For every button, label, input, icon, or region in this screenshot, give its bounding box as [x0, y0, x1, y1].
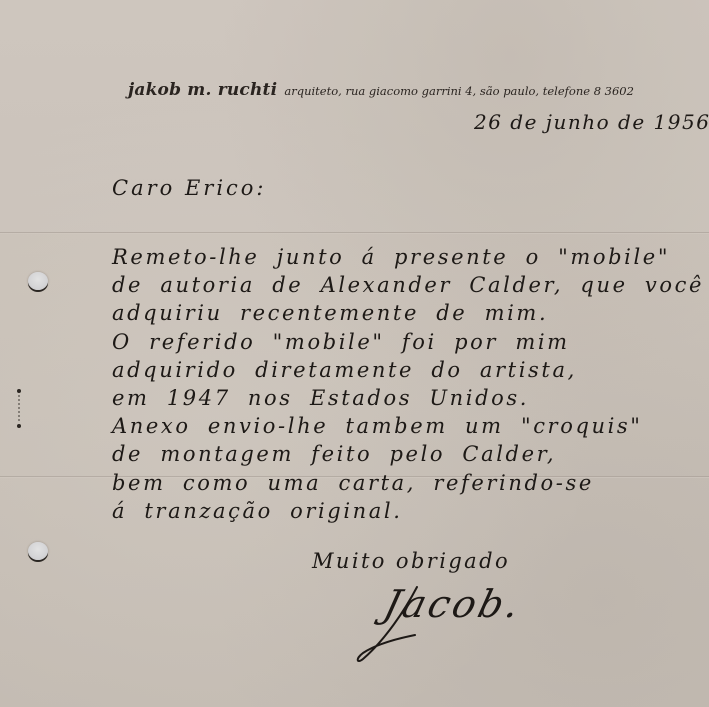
body-line: adquiriu recentemente de mim.	[112, 299, 704, 327]
body-line: bem como uma carta, referindo-se	[112, 469, 704, 497]
letter-date: 26 de junho de 1956	[474, 110, 709, 134]
body-line: em 1947 nos Estados Unidos.	[112, 384, 704, 412]
body-line: de autoria de Alexander Calder, que você	[112, 271, 704, 299]
closing: Muito obrigado	[312, 549, 510, 573]
body-line: de montagem feito pelo Calder,	[112, 440, 704, 468]
letter-page: jakob m. ruchti arquiteto, rua giacomo g…	[0, 0, 709, 707]
body-line: Remeto-lhe junto á presente o "mobile"	[112, 243, 704, 271]
letter-body: Remeto-lhe junto á presente o "mobile" d…	[112, 243, 704, 525]
body-line: O referido "mobile" foi por mim	[112, 328, 704, 356]
staple-mark-icon	[17, 389, 21, 393]
body-line: Anexo envio-lhe tambem um "croquis"	[112, 412, 704, 440]
letterhead-name: jakob m. ruchti	[128, 80, 277, 100]
staple-mark-icon	[17, 424, 21, 428]
letterhead-details: arquiteto, rua giacomo garrini 4, são pa…	[284, 84, 634, 98]
salutation: Caro Erico:	[112, 176, 267, 200]
upper-fold-line	[0, 232, 709, 234]
letterhead: jakob m. ruchti arquiteto, rua giacomo g…	[128, 80, 634, 100]
body-line: adquirido diretamente do artista,	[112, 356, 704, 384]
staple-perforation	[18, 395, 22, 421]
body-line: á tranzação original.	[112, 497, 704, 525]
signature: Jacob.	[380, 582, 527, 626]
punch-hole-icon	[28, 272, 48, 290]
punch-hole-icon	[28, 542, 48, 560]
